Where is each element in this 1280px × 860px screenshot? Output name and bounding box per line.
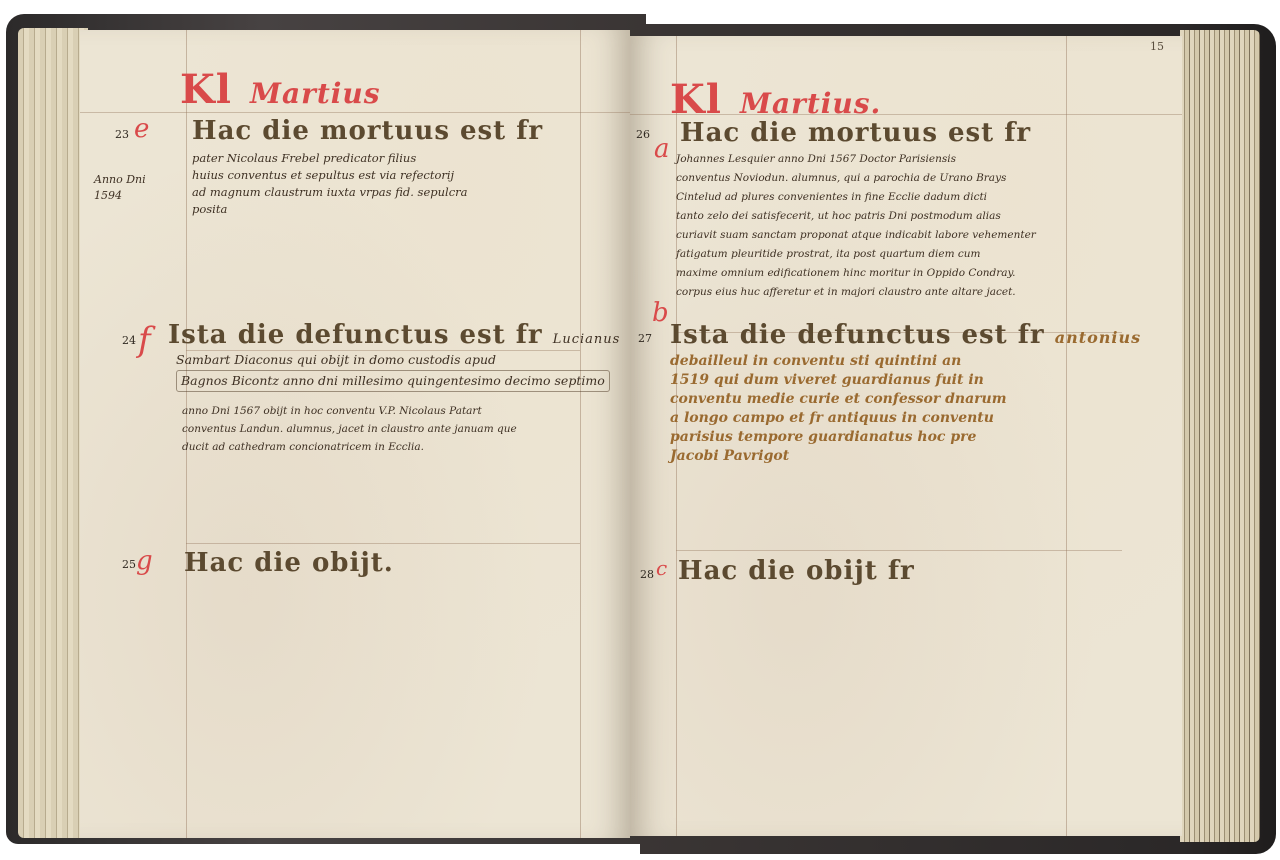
entry-heading: Ista die defunctus est fr antonius	[670, 320, 1141, 350]
ruling-line	[186, 543, 580, 544]
ruling-line	[1066, 36, 1067, 836]
day-number: 26	[636, 128, 650, 141]
right-page: 15 KlMartius. 26 a Hac die mortuus est f…	[630, 36, 1182, 836]
day-number: 24	[122, 334, 136, 347]
entry-heading: Hac die obijt.	[184, 548, 394, 578]
entry-body: Sambart Diaconus qui obijt in domo custo…	[176, 350, 610, 392]
month-name: Martius.	[740, 87, 881, 120]
folio-number: 15	[1150, 40, 1164, 53]
day-number: 28	[640, 568, 654, 581]
entry-addendum: anno Dni 1567 obijt in hoc conventu V.P.…	[182, 402, 517, 456]
page-stack-right	[1180, 30, 1260, 842]
dominical-letter: g	[136, 546, 153, 576]
entry-body: pater Nicolaus Frebel predicator filius …	[192, 150, 468, 218]
month-name: Martius	[250, 77, 381, 110]
dominical-letter: a	[654, 134, 670, 164]
kalends-initial: Kl	[670, 76, 722, 123]
day-number: 23	[115, 128, 129, 141]
entry-heading: Hac die obijt fr	[678, 556, 915, 586]
day-number: 27	[638, 332, 652, 345]
entry-heading: Hac die mortuus est fr	[680, 118, 1031, 148]
entry-heading: Hac die mortuus est fr	[192, 116, 543, 146]
margin-note: Anno Dni 1594	[94, 172, 146, 204]
entry-body: debailleul in conventu sti quintini an 1…	[670, 352, 1007, 466]
dominical-letter: b	[652, 298, 669, 328]
kalends-initial: Kl	[180, 66, 232, 113]
dominical-letter: f	[138, 320, 151, 360]
month-heading: KlMartius.	[670, 76, 881, 123]
page-stack-left	[18, 28, 88, 838]
dominical-letter: c	[656, 556, 667, 580]
left-page: KlMartius 23 e Hac die mortuus est fr pa…	[80, 30, 630, 838]
ruling-line	[676, 550, 1122, 551]
entry-heading: Ista die defunctus est fr Lucianus	[168, 320, 620, 350]
entry-body: Johannes Lesquier anno Dni 1567 Doctor P…	[676, 150, 1036, 302]
dominical-letter: e	[134, 114, 149, 144]
day-number: 25	[122, 558, 136, 571]
month-heading: KlMartius	[180, 66, 381, 113]
ruling-line	[580, 30, 581, 838]
